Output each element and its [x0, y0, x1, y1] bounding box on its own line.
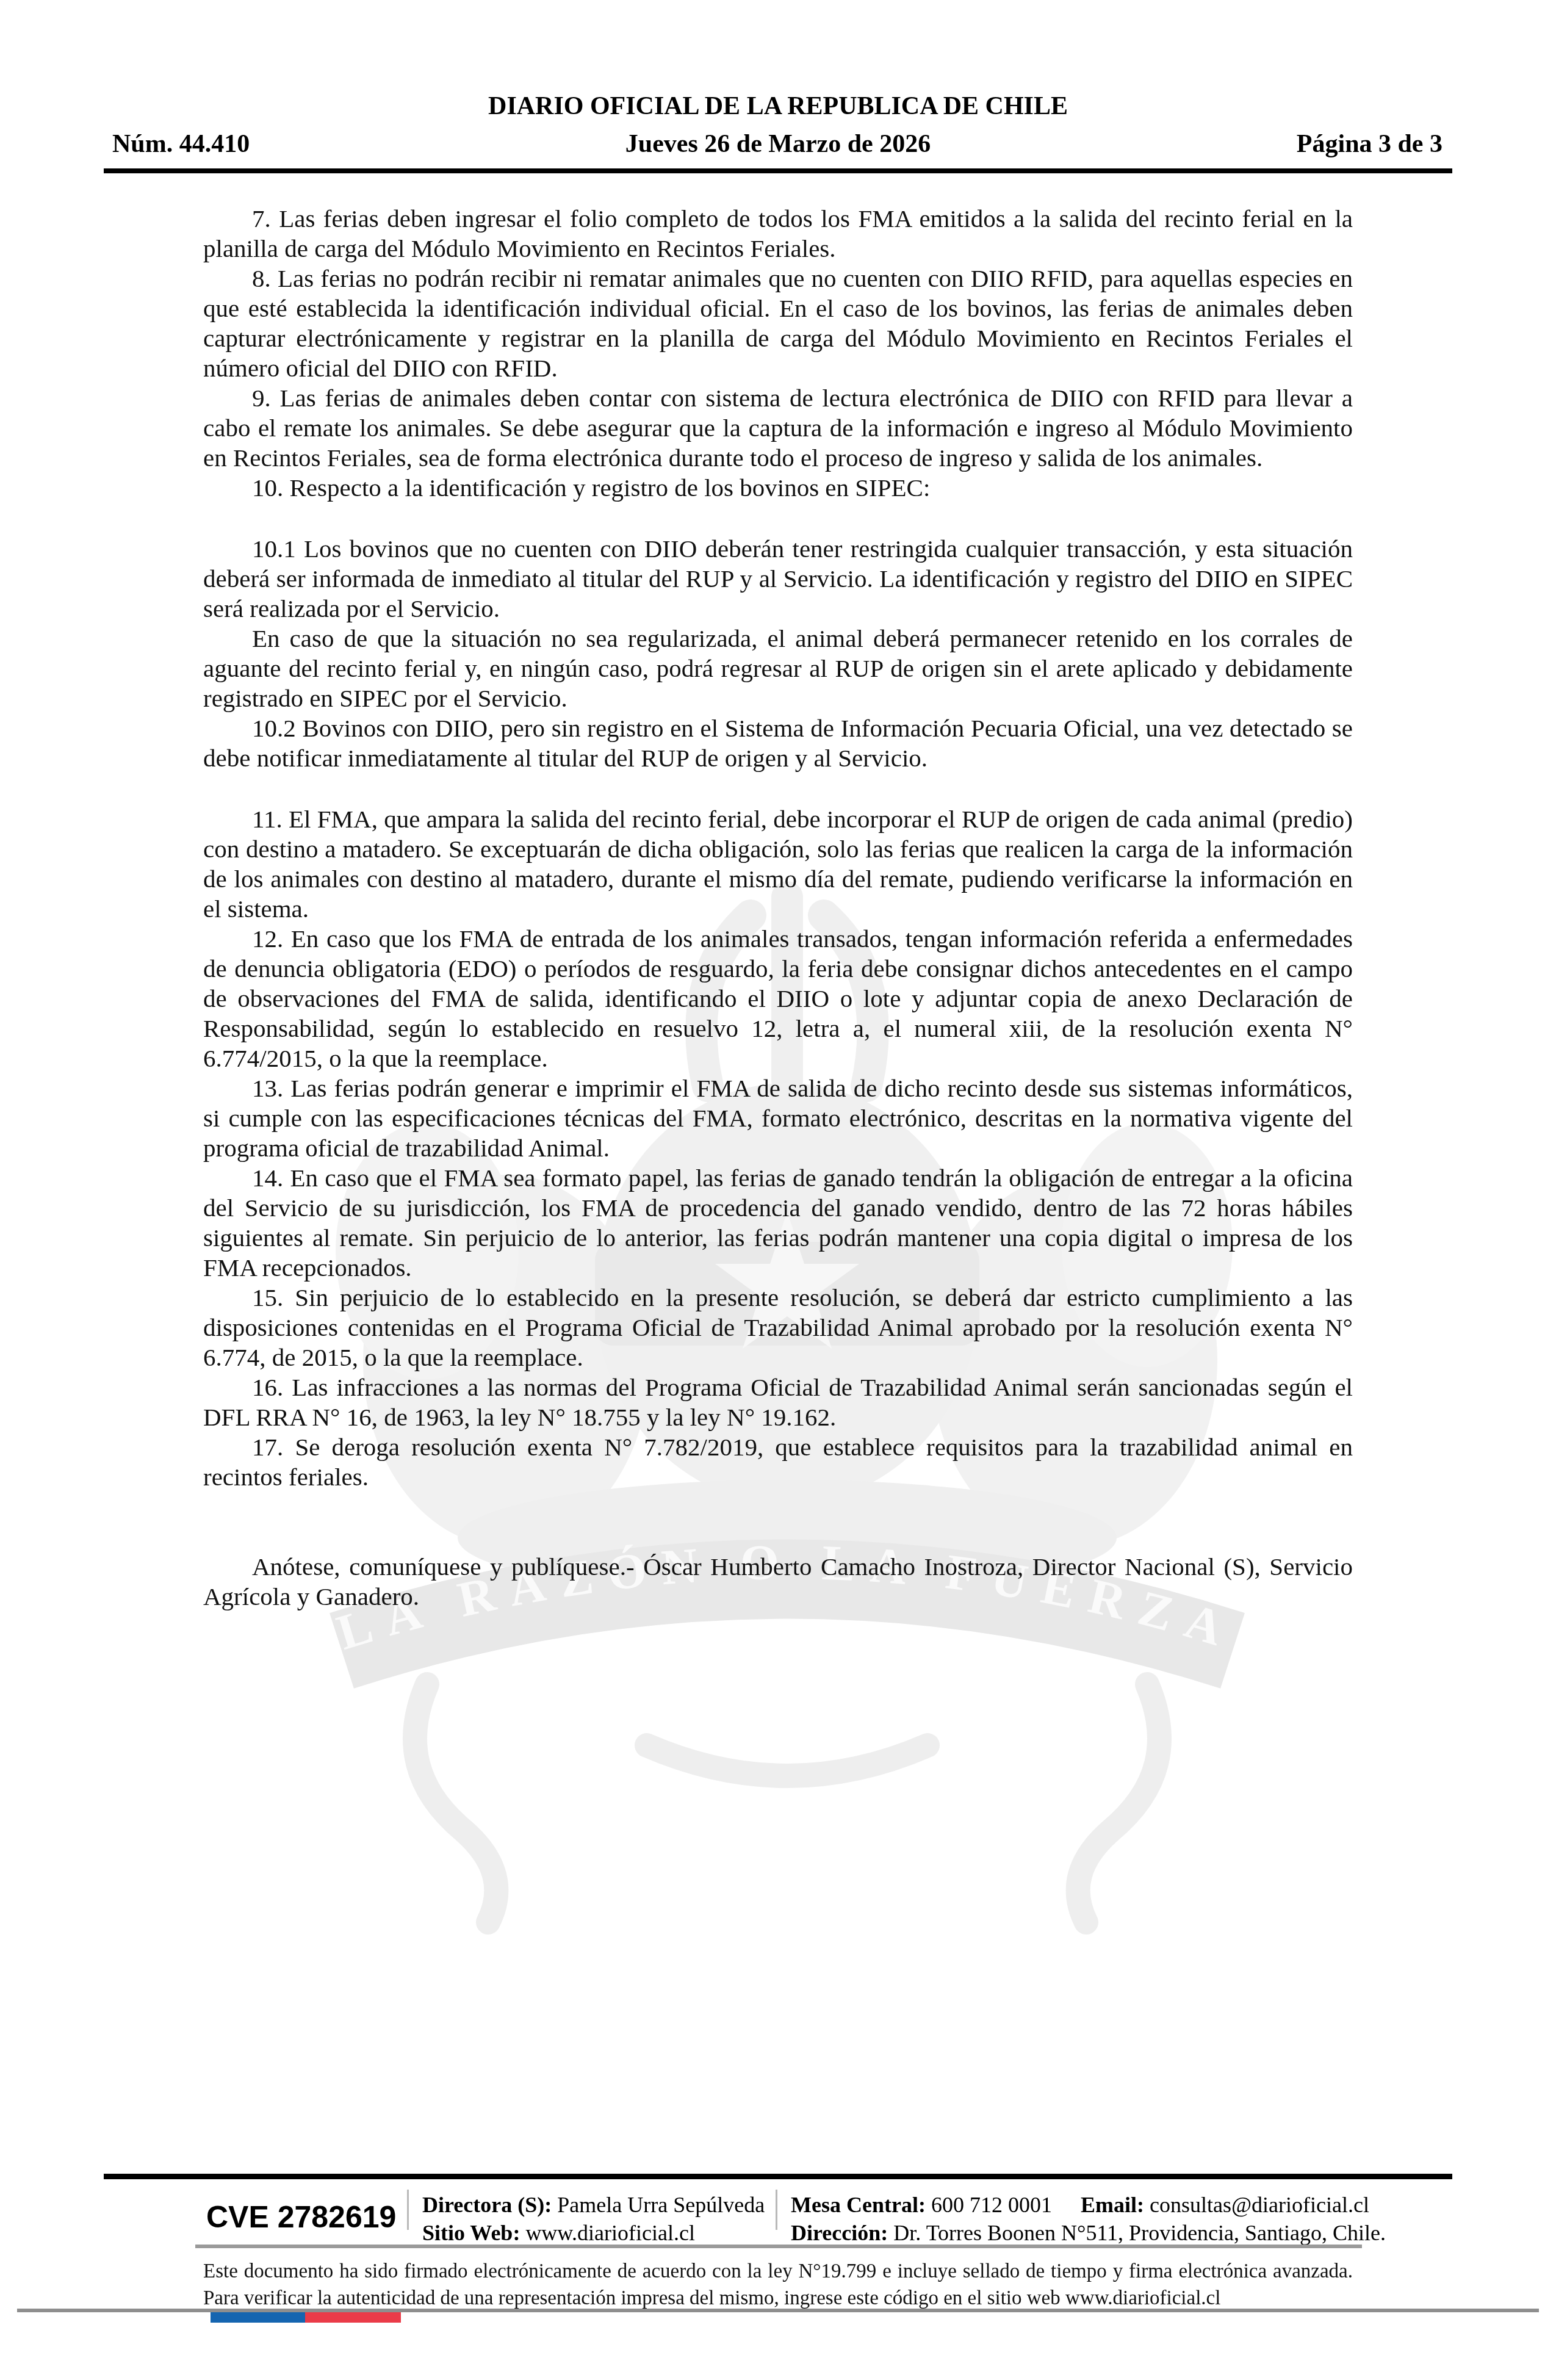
paragraph-10-1b: En caso de que la situación no sea regul…	[203, 624, 1353, 713]
diario-oficial-page: LA RAZÓN O LA FUERZA DIARIO OFICIAL DE L…	[0, 0, 1556, 2380]
address-label: Dirección:	[791, 2221, 888, 2245]
flag-blue-segment	[211, 2312, 305, 2323]
paragraph-9: 9. Las ferias de animales deben contar c…	[203, 383, 1353, 473]
director-label: Directora (S):	[422, 2193, 552, 2217]
contact-line: Mesa Central: 600 712 0001 Email: consul…	[791, 2191, 1386, 2219]
paragraph-13: 13. Las ferias podrán generar e imprimir…	[203, 1073, 1353, 1163]
paragraph-11: 11. El FMA, que ampara la salida del rec…	[203, 804, 1353, 924]
address-line: Dirección: Dr. Torres Boonen N°511, Prov…	[791, 2219, 1386, 2247]
paragraph-8: 8. Las ferias no podrán recibir ni remat…	[203, 264, 1353, 383]
footer-separator-rule	[195, 2245, 1362, 2248]
chile-flag-bar	[211, 2312, 401, 2323]
mesa-central-value: 600 712 0001	[931, 2193, 1052, 2217]
paragraph-10-1: 10.1 Los bovinos que no cuenten con DIIO…	[203, 534, 1353, 624]
masthead-title: DIARIO OFICIAL DE LA REPUBLICA DE CHILE	[0, 92, 1556, 121]
email-value: consultas@diarioficial.cl	[1150, 2193, 1369, 2217]
director-value: Pamela Urra Sepúlveda	[557, 2193, 765, 2217]
footer-director-column: Directora (S): Pamela Urra Sepúlveda Sit…	[422, 2191, 765, 2247]
paragraph-16: 16. Las infracciones a las normas del Pr…	[203, 1372, 1353, 1432]
paragraph-15: 15. Sin perjuicio de lo establecido en l…	[203, 1283, 1353, 1372]
legal-notice: Este documento ha sido firmado electróni…	[203, 2258, 1353, 2312]
website-line: Sitio Web: www.diarioficial.cl	[422, 2219, 765, 2247]
director-line: Directora (S): Pamela Urra Sepúlveda	[422, 2191, 765, 2219]
paragraph-10: 10. Respecto a la identificación y regis…	[203, 473, 1353, 503]
footer-divider-1	[407, 2190, 409, 2230]
footer-divider-2	[776, 2190, 777, 2230]
paragraph-7: 7. Las ferias deben ingresar el folio co…	[203, 204, 1353, 264]
paragraph-12: 12. En caso que los FMA de entrada de lo…	[203, 924, 1353, 1073]
page-indicator: Página 3 de 3	[1297, 129, 1443, 159]
address-value: Dr. Torres Boonen N°511, Providencia, Sa…	[893, 2221, 1386, 2245]
closing-signature: Anótese, comuníquese y publíquese.- Ósca…	[203, 1552, 1353, 1612]
mesa-central-label: Mesa Central:	[791, 2193, 926, 2217]
website-label: Sitio Web:	[422, 2221, 520, 2245]
footer-top-bar	[104, 2174, 1452, 2179]
website-value: www.diarioficial.cl	[525, 2221, 695, 2245]
document-body: 7. Las ferias deben ingresar el folio co…	[203, 204, 1353, 1612]
paragraph-14: 14. En caso que el FMA sea formato papel…	[203, 1163, 1353, 1283]
paragraph-10-2: 10.2 Bovinos con DIIO, pero sin registro…	[203, 713, 1353, 773]
paragraph-17: 17. Se deroga resolución exenta N° 7.782…	[203, 1432, 1353, 1492]
header-rule	[104, 168, 1452, 173]
flag-red-segment	[305, 2312, 401, 2323]
footer-contact-column: Mesa Central: 600 712 0001 Email: consul…	[791, 2191, 1386, 2247]
email-label: Email:	[1081, 2193, 1144, 2217]
cve-code: CVE 2782619	[206, 2199, 396, 2235]
